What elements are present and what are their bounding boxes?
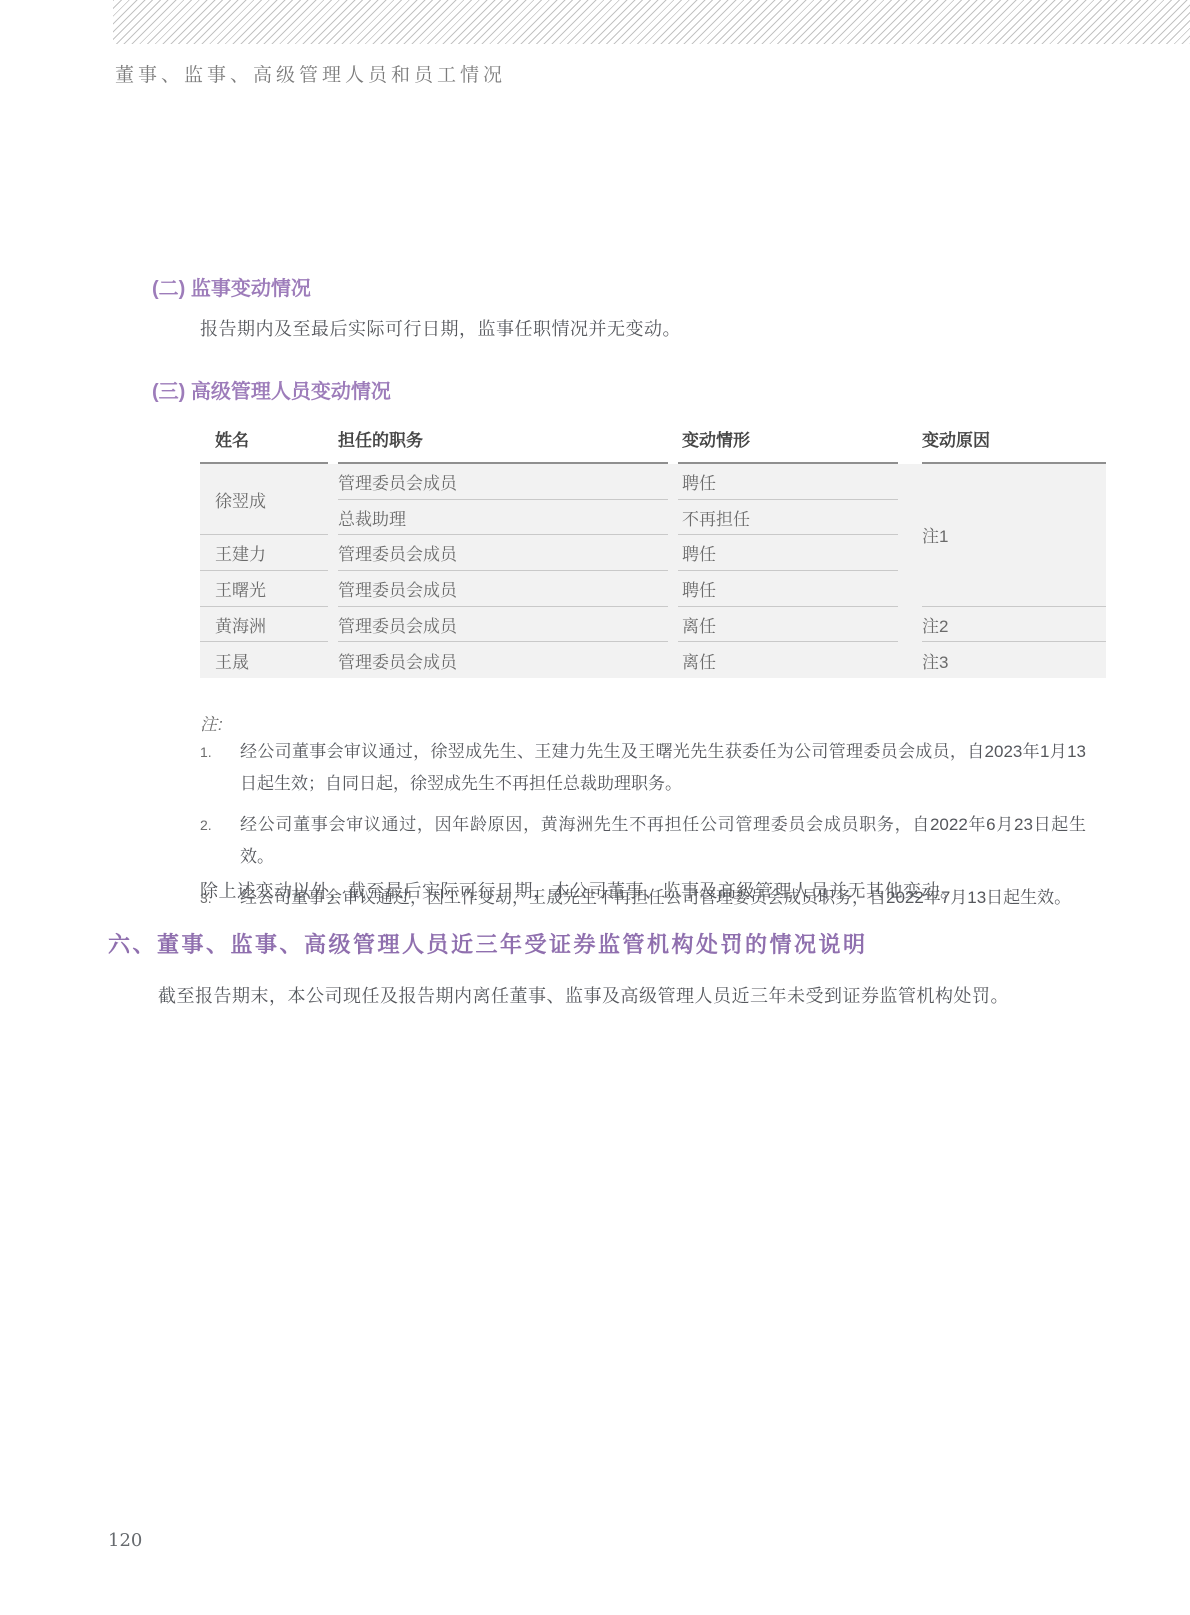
- table-cell-change: 不再担任: [678, 500, 898, 536]
- note-item: 1. 经公司董事会审议通过，徐翌成先生、王建力先生及王曙光先生获委任为公司管理委…: [200, 736, 1086, 800]
- table-header-name: 姓名: [200, 414, 328, 464]
- heading-senior-mgmt-changes: (三) 高级管理人员变动情况: [152, 375, 391, 404]
- notes-label: 注:: [200, 710, 224, 735]
- table-header-change: 变动情形: [678, 414, 898, 464]
- table-cell-position: 管理委员会成员: [338, 571, 668, 607]
- heading-supervisor-changes: (二) 监事变动情况: [152, 272, 311, 301]
- table-cell-name: 王曙光: [200, 571, 328, 607]
- paragraph-supervisor-changes: 报告期内及至最后实际可行日期，监事任职情况并无变动。: [200, 315, 681, 341]
- note-number: 1.: [200, 736, 240, 800]
- table-cell-name: 王晟: [200, 642, 328, 678]
- table-cell-name: 徐翌成: [200, 464, 328, 535]
- header-hatch-pattern: [113, 0, 1190, 44]
- table-header-reason: 变动原因: [922, 414, 1106, 464]
- table-cell-change: 聘任: [678, 535, 898, 571]
- table-cell-change: 聘任: [678, 464, 898, 500]
- table-cell-position: 管理委员会成员: [338, 464, 668, 500]
- table-cell-position: 管理委员会成员: [338, 642, 668, 678]
- note-text: 经公司董事会审议通过，徐翌成先生、王建力先生及王曙光先生获委任为公司管理委员会成…: [240, 736, 1086, 800]
- document-page: { "page": { "header_title": "董事、监事、高级管理人…: [0, 0, 1190, 1615]
- page-header-title: 董事、监事、高级管理人员和员工情况: [115, 60, 506, 87]
- table-cell-position: 管理委员会成员: [338, 535, 668, 571]
- table-cell-change: 聘任: [678, 571, 898, 607]
- table-header-position: 担任的职务: [338, 414, 668, 464]
- table-cell-change: 离任: [678, 607, 898, 643]
- table-cell-position: 管理委员会成员: [338, 607, 668, 643]
- paragraph-no-other-changes: 除上述变动以外，截至最后实际可行日期，本公司董事、监事及高级管理人员并无其他变动…: [200, 877, 959, 903]
- table-cell-reason: 注2: [922, 607, 1106, 643]
- note-number: 2.: [200, 809, 240, 873]
- senior-mgmt-change-table: 姓名 担任的职务 变动情形 变动原因 徐翌成 王建力 王曙光 黄海洲 王晟 管理…: [200, 414, 1106, 678]
- page-number: 120: [108, 1530, 142, 1551]
- heading-penalties-statement: 六、董事、监事、高级管理人员近三年受证券监管机构处罚的情况说明: [108, 928, 868, 959]
- table-cell-change: 离任: [678, 642, 898, 678]
- table-cell-position: 总裁助理: [338, 500, 668, 536]
- table-cell-reason: 注1: [922, 464, 1106, 607]
- paragraph-penalties-statement: 截至报告期末，本公司现任及报告期内离任董事、监事及高级管理人员近三年未受到证券监…: [158, 982, 1009, 1008]
- note-item: 2. 经公司董事会审议通过，因年龄原因，黄海洲先生不再担任公司管理委员会成员职务…: [200, 809, 1086, 873]
- table-cell-name: 王建力: [200, 535, 328, 571]
- table-cell-reason: 注3: [922, 642, 1106, 678]
- table-cell-name: 黄海洲: [200, 607, 328, 643]
- note-text: 经公司董事会审议通过，因年龄原因，黄海洲先生不再担任公司管理委员会成员职务，自2…: [240, 809, 1086, 873]
